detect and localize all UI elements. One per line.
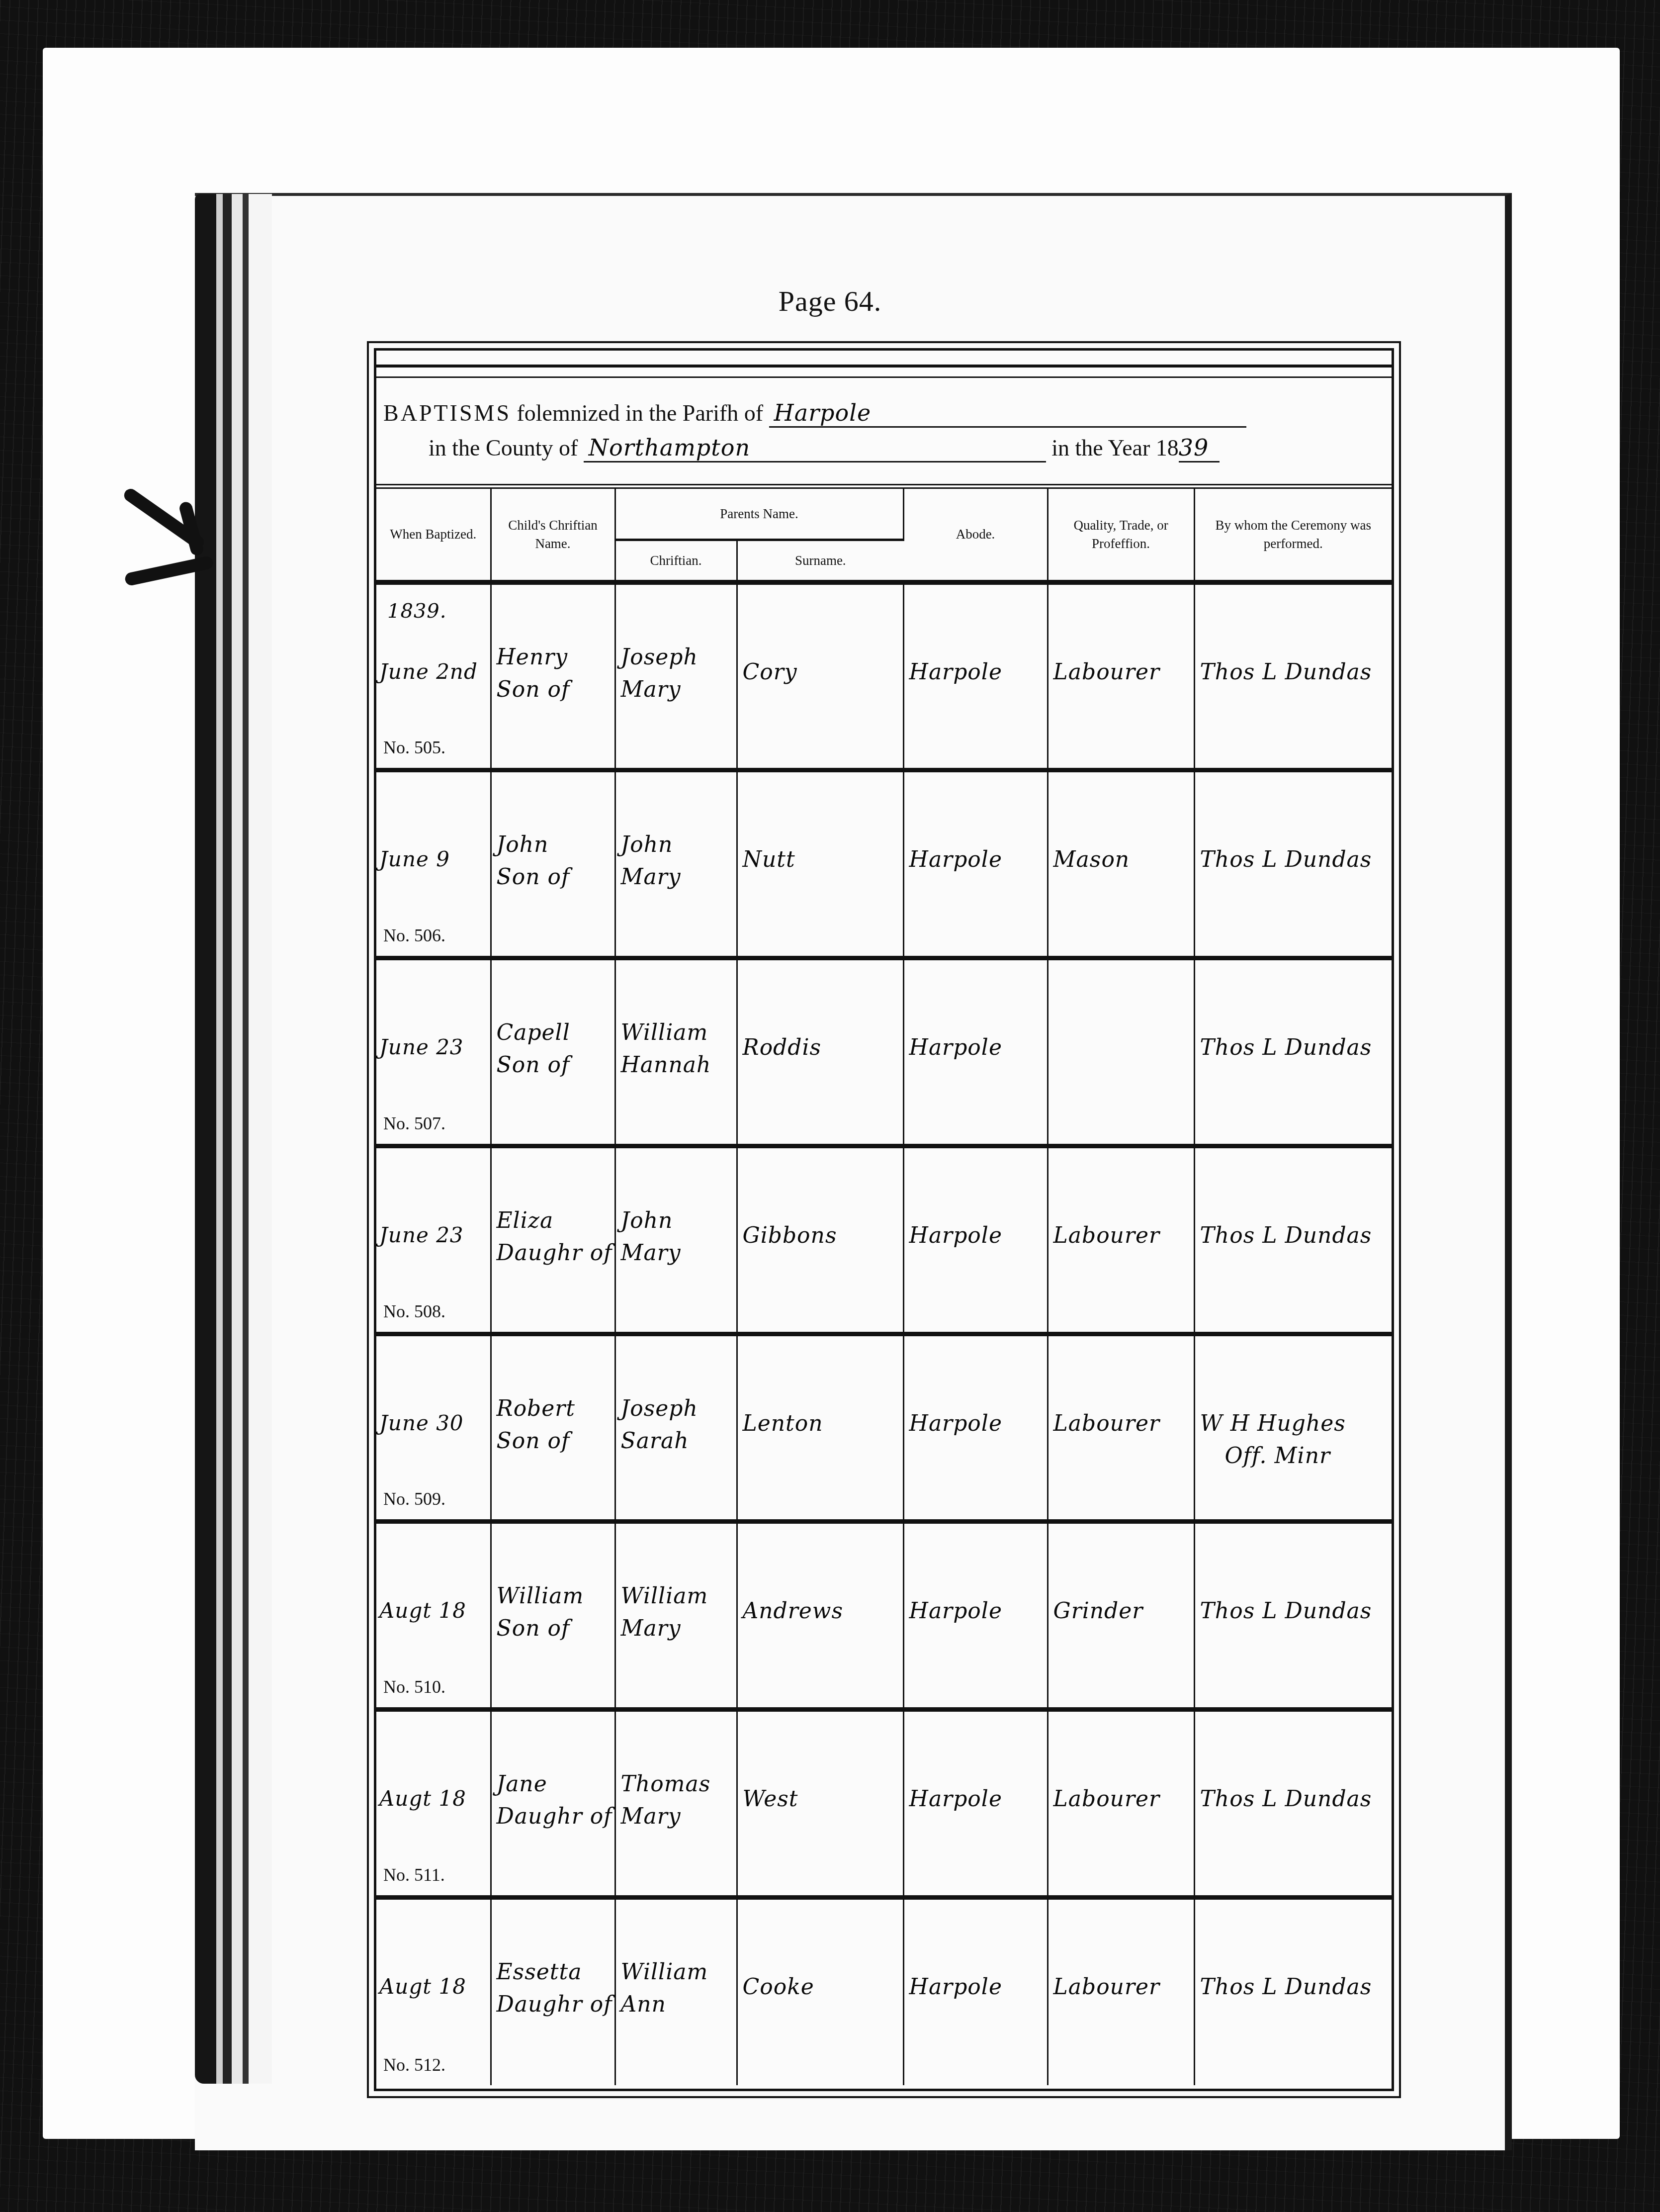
cell-quality (1048, 958, 1194, 1146)
quality-trade: Labourer (1053, 659, 1160, 685)
abode: Harpole (909, 659, 1002, 685)
book-spine (195, 194, 272, 2084)
performer: W H Hughes (1200, 1411, 1346, 1436)
cell-abode: Harpole (903, 1334, 1048, 1522)
performer: Thos L Dundas (1200, 847, 1372, 872)
quality-trade: Labourer (1053, 1786, 1160, 1812)
surname: Gibbons (743, 1223, 837, 1248)
father-name: William (621, 1583, 708, 1609)
child-relation: Son of (497, 1052, 570, 1078)
surname: Cooke (743, 1974, 814, 2000)
title-line-county: in the County of Northampton in the Year… (429, 434, 1220, 462)
cell-parents-christian: John Mary (615, 770, 737, 958)
col-header-parents-surname: Surname. (737, 540, 903, 583)
father-name: William (621, 1959, 708, 1985)
table-row: June 9 No. 506. John Son of John Mary Nu… (376, 770, 1392, 958)
cell-surname: Lenton (737, 1334, 903, 1522)
child-name: Essetta (497, 1959, 582, 1985)
table-row: 1839. June 2nd No. 505. Henry Son of Jos… (376, 582, 1392, 770)
year-note: 1839. (387, 600, 447, 623)
cell-abode: Harpole (903, 582, 1048, 770)
cell-abode: Harpole (903, 958, 1048, 1146)
entry-number: No. 508. (383, 1301, 445, 1322)
col-header-performer: By whom the Ceremony was performed. (1194, 489, 1392, 582)
cell-performer: Thos L Dundas (1194, 1146, 1392, 1334)
cell-surname: Cory (737, 582, 903, 770)
col-header-child: Child's Chriftian Name. (491, 489, 615, 582)
baptism-date: June 9 (379, 847, 450, 871)
title-top-rule (376, 365, 1392, 378)
page-number: Page 64. (0, 284, 1660, 318)
table-row: Augt 18 No. 512. Essetta Daughr of Willi… (376, 1897, 1392, 2085)
abode: Harpole (909, 1411, 1002, 1436)
child-relation: Daughr of (497, 1240, 612, 1266)
performer: Thos L Dundas (1200, 1786, 1372, 1812)
child-name: Jane (497, 1771, 547, 1797)
cell-quality: Labourer (1048, 582, 1194, 770)
register-title-block: BAPTISMS folemnized in the Parifh of Har… (376, 365, 1392, 489)
baptism-table: When Baptized. Child's Chriftian Name. P… (376, 489, 1392, 2085)
quality-trade: Mason (1053, 847, 1130, 872)
baptism-date: June 2nd (379, 659, 478, 684)
mother-name: Sarah (621, 1428, 689, 1454)
entry-number: No. 512. (383, 2054, 445, 2075)
col-header-parents: Parents Name. (615, 489, 903, 540)
performer-title: Off. Minr (1225, 1443, 1331, 1469)
abode: Harpole (909, 1786, 1002, 1812)
child-name: Capell (497, 1020, 570, 1045)
quality-trade: Labourer (1053, 1223, 1160, 1248)
cell-when: Augt 18 No. 511. (376, 1710, 491, 1898)
performer: Thos L Dundas (1200, 1974, 1372, 2000)
father-name: Joseph (621, 1396, 698, 1421)
cell-when: Augt 18 No. 510. (376, 1522, 491, 1710)
baptism-date: June 30 (379, 1411, 464, 1435)
cell-child: Capell Son of (491, 958, 615, 1146)
child-relation: Son of (497, 677, 570, 702)
father-name: John (621, 832, 673, 857)
cell-performer: Thos L Dundas (1194, 1897, 1392, 2085)
child-relation: Son of (497, 1428, 570, 1454)
surname: Andrews (743, 1598, 844, 1624)
child-relation: Son of (497, 1616, 570, 1641)
child-name: John (497, 832, 549, 857)
cell-quality: Labourer (1048, 1897, 1194, 2085)
cell-performer: Thos L Dundas (1194, 582, 1392, 770)
cell-performer: W H Hughes Off. Minr (1194, 1334, 1392, 1522)
cell-performer: Thos L Dundas (1194, 770, 1392, 958)
table-row: June 30 No. 509. Robert Son of Joseph Sa… (376, 1334, 1392, 1522)
county-field: Northampton (584, 434, 1046, 462)
surname: Cory (743, 659, 797, 685)
cell-quality: Grinder (1048, 1522, 1194, 1710)
table-row: Augt 18 No. 510. William Son of William … (376, 1522, 1392, 1710)
child-name: William (497, 1583, 584, 1609)
baptism-date: Augt 18 (379, 1974, 466, 1999)
title-line-parish: BAPTISMS folemnized in the Parifh of Har… (383, 399, 1246, 428)
baptism-date: Augt 18 (379, 1598, 466, 1623)
cell-quality: Labourer (1048, 1146, 1194, 1334)
cell-child: Henry Son of (491, 582, 615, 770)
performer: Thos L Dundas (1200, 1223, 1372, 1248)
cell-surname: Cooke (737, 1897, 903, 2085)
col-header-quality: Quality, Trade, or Profeffion. (1048, 489, 1194, 582)
cell-child: William Son of (491, 1522, 615, 1710)
baptism-date: Augt 18 (379, 1786, 466, 1811)
cell-child: Robert Son of (491, 1334, 615, 1522)
cell-performer: Thos L Dundas (1194, 958, 1392, 1146)
father-name: John (621, 1208, 673, 1233)
cell-surname: Roddis (737, 958, 903, 1146)
performer: Thos L Dundas (1200, 1035, 1372, 1060)
cell-parents-christian: John Mary (615, 1146, 737, 1334)
father-name: William (621, 1020, 708, 1045)
quality-trade: Labourer (1053, 1974, 1160, 2000)
cell-parents-christian: William Ann (615, 1897, 737, 2085)
baptism-date: June 23 (379, 1035, 464, 1059)
child-name: Henry (497, 645, 568, 670)
mother-name: Ann (621, 1992, 666, 2017)
cell-abode: Harpole (903, 1897, 1048, 2085)
cell-when: June 9 No. 506. (376, 770, 491, 958)
cell-abode: Harpole (903, 1522, 1048, 1710)
performer: Thos L Dundas (1200, 1598, 1372, 1624)
parish-field: Harpole (769, 399, 1246, 428)
performer: Thos L Dundas (1200, 659, 1372, 685)
abode: Harpole (909, 1974, 1002, 2000)
mother-name: Mary (621, 1804, 681, 1829)
cell-abode: Harpole (903, 1710, 1048, 1898)
title-text: folemnized in the Parifh of (517, 400, 763, 426)
abode: Harpole (909, 1223, 1002, 1248)
child-relation: Daughr of (497, 1804, 612, 1829)
cell-surname: Andrews (737, 1522, 903, 1710)
entry-number: No. 509. (383, 1488, 445, 1509)
cell-performer: Thos L Dundas (1194, 1522, 1392, 1710)
entry-number: No. 510. (383, 1676, 445, 1697)
cell-surname: Nutt (737, 770, 903, 958)
mother-name: Mary (621, 1240, 681, 1266)
mother-name: Mary (621, 1616, 681, 1641)
mother-name: Hannah (621, 1052, 711, 1078)
entry-number: No. 507. (383, 1113, 445, 1134)
cell-child: Jane Daughr of (491, 1710, 615, 1898)
cell-when: June 23 No. 507. (376, 958, 491, 1146)
child-name: Eliza (497, 1208, 554, 1233)
surname: Nutt (743, 847, 795, 872)
cell-child: Eliza Daughr of (491, 1146, 615, 1334)
surname: Lenton (743, 1411, 823, 1436)
entry-number: No. 511. (383, 1864, 445, 1885)
cell-performer: Thos L Dundas (1194, 1710, 1392, 1898)
table-row: Augt 18 No. 511. Jane Daughr of Thomas M… (376, 1710, 1392, 1898)
county-label: in the County of (429, 435, 578, 461)
surname: Roddis (743, 1035, 822, 1060)
table-row: June 23 No. 507. Capell Son of William H… (376, 958, 1392, 1146)
baptism-register-form: BAPTISMS folemnized in the Parifh of Har… (374, 348, 1394, 2091)
cell-when: Augt 18 No. 512. (376, 1897, 491, 2085)
cell-abode: Harpole (903, 770, 1048, 958)
surname: West (743, 1786, 798, 1812)
cell-child: Essetta Daughr of (491, 1897, 615, 2085)
mother-name: Mary (621, 677, 681, 702)
table-row: June 23 No. 508. Eliza Daughr of John Ma… (376, 1146, 1392, 1334)
cell-quality: Mason (1048, 770, 1194, 958)
quality-trade: Labourer (1053, 1411, 1160, 1436)
child-relation: Daughr of (497, 1992, 612, 2017)
col-header-abode: Abode. (903, 489, 1048, 582)
cell-parents-christian: William Hannah (615, 958, 737, 1146)
cell-parents-christian: William Mary (615, 1522, 737, 1710)
year-label: in the Year 18 (1051, 435, 1179, 461)
child-relation: Son of (497, 864, 570, 890)
cell-quality: Labourer (1048, 1334, 1194, 1522)
entry-number: No. 505. (383, 737, 445, 758)
col-header-parents-christian: Chriftian. (615, 540, 737, 583)
child-name: Robert (497, 1396, 576, 1421)
abode: Harpole (909, 847, 1002, 872)
title-baptisms: BAPTISMS (383, 400, 511, 426)
cell-parents-christian: Thomas Mary (615, 1710, 737, 1898)
abode: Harpole (909, 1035, 1002, 1060)
mother-name: Mary (621, 864, 681, 890)
cell-when: June 23 No. 508. (376, 1146, 491, 1334)
cell-parents-christian: Joseph Mary (615, 582, 737, 770)
cell-parents-christian: Joseph Sarah (615, 1334, 737, 1522)
father-name: Joseph (621, 645, 698, 670)
father-name: Thomas (621, 1771, 711, 1797)
cell-child: John Son of (491, 770, 615, 958)
col-header-when: When Baptized. (376, 489, 491, 582)
entry-number: No. 506. (383, 925, 445, 946)
cell-quality: Labourer (1048, 1710, 1194, 1898)
baptism-date: June 23 (379, 1223, 464, 1247)
abode: Harpole (909, 1598, 1002, 1624)
cell-surname: Gibbons (737, 1146, 903, 1334)
cell-surname: West (737, 1710, 903, 1898)
year-field: 39 (1179, 434, 1220, 462)
cell-when: June 30 No. 509. (376, 1334, 491, 1522)
cell-abode: Harpole (903, 1146, 1048, 1334)
quality-trade: Grinder (1053, 1598, 1143, 1624)
cell-when: 1839. June 2nd No. 505. (376, 582, 491, 770)
